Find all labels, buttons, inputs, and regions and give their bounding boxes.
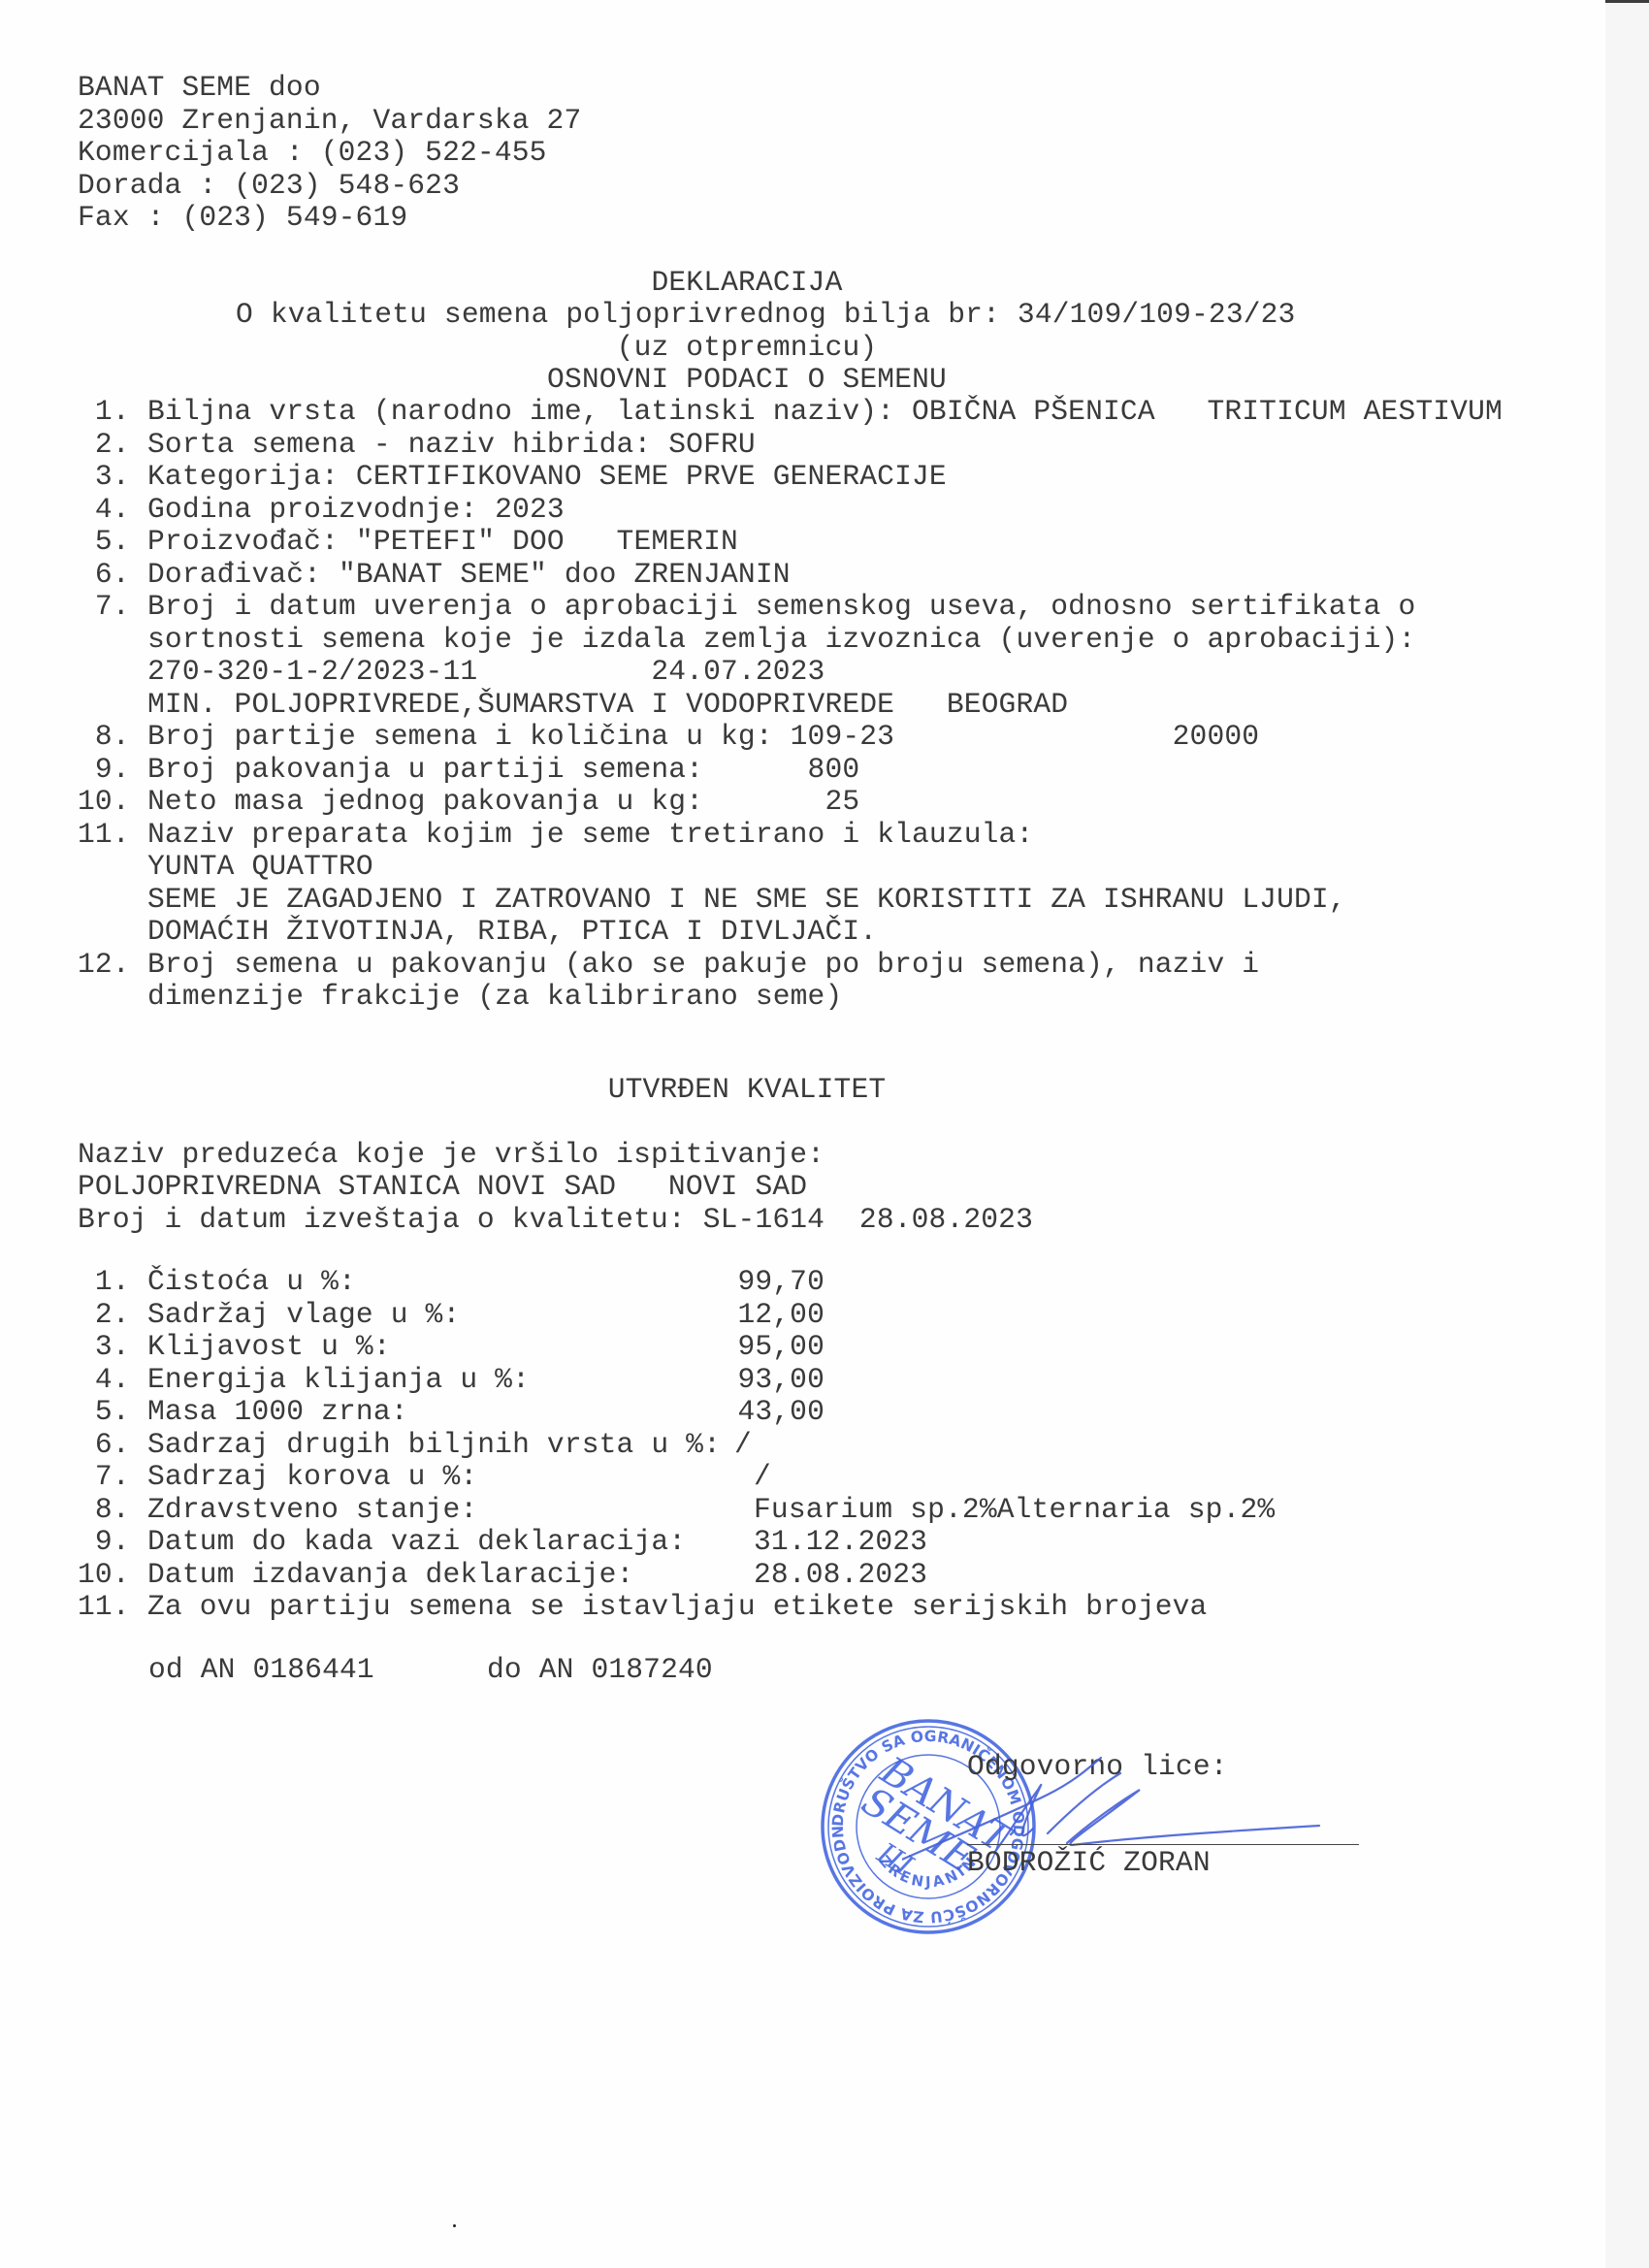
row-number: 4. <box>78 1363 147 1396</box>
row-number: 5. <box>78 525 147 558</box>
row-text: Broj partije semena i količina u kg: 109… <box>147 720 1259 753</box>
row-text: Broj i datum uverenja o aprobaciji semen… <box>147 590 1415 623</box>
serial-to: do AN 0187240 <box>487 1653 713 1686</box>
basic-data-row: dimenzije frakcije (za kalibrirano seme) <box>78 980 842 1013</box>
row-text: MIN. POLJOPRIVREDE,ŠUMARSTVA I VODOPRIVR… <box>147 688 1068 721</box>
row-number: 3. <box>78 460 147 493</box>
row-number: 1. <box>78 1265 147 1298</box>
row-text: Proizvođač: "PETEFI" DOO TEMERIN <box>147 525 738 558</box>
row-text: 270-320-1-2/2023-11 24.07.2023 <box>147 655 824 688</box>
doc-subtitle: O kvalitetu semena poljoprivrednog bilja… <box>236 298 1295 331</box>
quality-value: 95,00 <box>737 1330 824 1363</box>
row-number: 5. <box>78 1395 147 1428</box>
quality-value: Fusarium sp.2%Alternaria sp.2% <box>754 1493 1275 1526</box>
quality-row: 8.Zdravstveno stanje:Fusarium sp.2%Alter… <box>78 1493 1533 1526</box>
row-text: dimenzije frakcije (za kalibrirano seme) <box>147 980 842 1013</box>
basic-data-row: DOMAĆIH ŽIVOTINJA, RIBA, PTICA I DIVLJAČ… <box>78 915 877 948</box>
quality-row: 9.Datum do kada vazi deklaracija:31.12.2… <box>78 1525 1533 1558</box>
doc-note: (uz otpremnicu) <box>0 331 1494 364</box>
quality-label: Sadrzaj korova u %: <box>147 1460 477 1493</box>
quality-label: Datum izdavanja deklaracije: <box>147 1558 633 1591</box>
quality-row: 2.Sadržaj vlage u %:12,00 <box>78 1298 1533 1331</box>
basic-data-row: 1.Biljna vrsta (narodno ime, latinski na… <box>78 395 1503 428</box>
row-text: DOMAĆIH ŽIVOTINJA, RIBA, PTICA I DIVLJAČ… <box>147 915 877 948</box>
row-number: 10. <box>78 1558 147 1591</box>
company-fax: Fax : (023) 549-619 <box>78 201 407 234</box>
quality-label: Masa 1000 zrna: <box>147 1395 408 1428</box>
row-text: Naziv preparata kojim je seme tretirano … <box>147 818 1033 851</box>
quality-row: 10.Datum izdavanja deklaracije:28.08.202… <box>78 1558 1533 1591</box>
row-number: 11. <box>78 818 147 851</box>
row-text: Neto masa jednog pakovanja u kg: 25 <box>147 785 859 818</box>
quality-value: / <box>754 1460 771 1493</box>
basic-data-row: 270-320-1-2/2023-11 24.07.2023 <box>78 655 824 688</box>
signature-line <box>967 1844 1359 1845</box>
quality-row: 4.Energija klijanja u %:93,00 <box>78 1363 1533 1396</box>
quality-value: 12,00 <box>737 1298 824 1331</box>
serial-from: od AN 0186441 <box>148 1653 374 1686</box>
row-number: 8. <box>78 1493 147 1526</box>
quality-label: Sadržaj vlage u %: <box>147 1298 460 1331</box>
row-number: 6. <box>78 558 147 591</box>
row-number: 9. <box>78 753 147 786</box>
basic-data-row: MIN. POLJOPRIVREDE,ŠUMARSTVA I VODOPRIVR… <box>78 688 1068 721</box>
quality-label: Sadrzaj drugih biljnih vrsta u %: <box>147 1428 721 1461</box>
row-number: 2. <box>78 1298 147 1331</box>
row-text: Godina proizvodnje: 2023 <box>147 493 565 526</box>
basic-data-row: 2.Sorta semena - naziv hibrida: SOFRU <box>78 428 756 461</box>
quality-value: 28.08.2023 <box>754 1558 927 1591</box>
row-number: 7. <box>78 590 147 623</box>
quality-label: Za ovu partiju semena se istavljaju etik… <box>147 1590 1207 1623</box>
row-number: 1. <box>78 395 147 428</box>
quality-value: / <box>734 1428 752 1461</box>
row-number: 7. <box>78 1460 147 1493</box>
quality-value: 99,70 <box>737 1265 824 1298</box>
row-text: Biljna vrsta (narodno ime, latinski nazi… <box>147 395 1503 428</box>
company-name: BANAT SEME doo <box>78 71 321 104</box>
row-number: 11. <box>78 1590 147 1623</box>
lab-label: Naziv preduzeća koje je vršilo ispitivan… <box>78 1138 824 1171</box>
company-phone-commercial: Komercijala : (023) 522-455 <box>78 136 547 169</box>
quality-report: Broj i datum izveštaja o kvalitetu: SL-1… <box>78 1203 1033 1236</box>
basic-data-row: SEME JE ZAGADJENO I ZATROVANO I NE SME S… <box>78 883 1346 916</box>
row-number: 8. <box>78 720 147 753</box>
quality-value: 31.12.2023 <box>754 1525 927 1558</box>
row-text: YUNTA QUATTRO <box>147 850 373 883</box>
quality-row: 3.Klijavost u %:95,00 <box>78 1330 1533 1363</box>
quality-label: Čistoća u %: <box>147 1265 356 1298</box>
quality-value: 43,00 <box>737 1395 824 1428</box>
quality-label: Energija klijanja u %: <box>147 1363 530 1396</box>
basic-data-row: sortnosti semena koje je izdala zemlja i… <box>78 623 1415 656</box>
quality-row: 1.Čistoća u %:99,70 <box>78 1265 1533 1298</box>
section-basic-data: OSNOVNI PODACI O SEMENU <box>0 363 1494 396</box>
company-address: 23000 Zrenjanin, Vardarska 27 <box>78 104 581 137</box>
row-number: 9. <box>78 1525 147 1558</box>
quality-value: 93,00 <box>737 1363 824 1396</box>
signatory-name: BODROŽIĆ ZORAN <box>967 1846 1211 1879</box>
row-text: Dorađivač: "BANAT SEME" doo ZRENJANIN <box>147 558 791 591</box>
row-text: SEME JE ZAGADJENO I ZATROVANO I NE SME S… <box>147 883 1346 916</box>
basic-data-row: 11.Naziv preparata kojim je seme tretira… <box>78 818 1033 851</box>
basic-data-row: 9.Broj pakovanja u partiji semena: 800 <box>78 753 859 786</box>
quality-row: 11.Za ovu partiju semena se istavljaju e… <box>78 1590 1533 1623</box>
row-text: Broj semena u pakovanju (ako se pakuje p… <box>147 948 1259 981</box>
section-quality: UTVRĐEN KVALITET <box>0 1073 1494 1106</box>
row-text: sortnosti semena koje je izdala zemlja i… <box>147 623 1415 656</box>
basic-data-row: 6.Dorađivač: "BANAT SEME" doo ZRENJANIN <box>78 558 791 591</box>
basic-data-row: 3.Kategorija: CERTIFIKOVANO SEME PRVE GE… <box>78 460 947 493</box>
quality-row: 5.Masa 1000 zrna:43,00 <box>78 1395 1533 1428</box>
basic-data-row: 5.Proizvođač: "PETEFI" DOO TEMERIN <box>78 525 738 558</box>
quality-row: 7.Sadrzaj korova u %:/ <box>78 1460 1533 1493</box>
quality-label: Klijavost u %: <box>147 1330 391 1363</box>
row-number: 2. <box>78 428 147 461</box>
doc-heading: DEKLARACIJA <box>0 266 1494 299</box>
row-text: Kategorija: CERTIFIKOVANO SEME PRVE GENE… <box>147 460 947 493</box>
quality-label: Datum do kada vazi deklaracija: <box>147 1525 686 1558</box>
basic-data-row: 10.Neto masa jednog pakovanja u kg: 25 <box>78 785 859 818</box>
row-number: 10. <box>78 785 147 818</box>
quality-row: 6.Sadrzaj drugih biljnih vrsta u %:/ <box>78 1428 1533 1461</box>
basic-data-row: 4.Godina proizvodnje: 2023 <box>78 493 565 526</box>
row-number: 6. <box>78 1428 147 1461</box>
row-text: Broj pakovanja u partiji semena: 800 <box>147 753 859 786</box>
company-phone-processing: Dorada : (023) 548-623 <box>78 169 460 202</box>
scan-speck <box>453 2224 456 2227</box>
basic-data-row: 8.Broj partije semena i količina u kg: 1… <box>78 720 1259 753</box>
row-number: 4. <box>78 493 147 526</box>
basic-data-row: YUNTA QUATTRO <box>78 850 373 883</box>
basic-data-row: 7.Broj i datum uverenja o aprobaciji sem… <box>78 590 1415 623</box>
quality-label: Zdravstveno stanje: <box>147 1493 477 1526</box>
scan-edge-dark <box>1605 0 1649 3</box>
basic-data-row: 12.Broj semena u pakovanju (ako se pakuj… <box>78 948 1259 981</box>
row-text: Sorta semena - naziv hibrida: SOFRU <box>147 428 756 461</box>
scan-edge <box>1605 0 1649 2268</box>
row-number: 12. <box>78 948 147 981</box>
row-number: 3. <box>78 1330 147 1363</box>
lab-name: POLJOPRIVREDNA STANICA NOVI SAD NOVI SAD <box>78 1170 807 1203</box>
